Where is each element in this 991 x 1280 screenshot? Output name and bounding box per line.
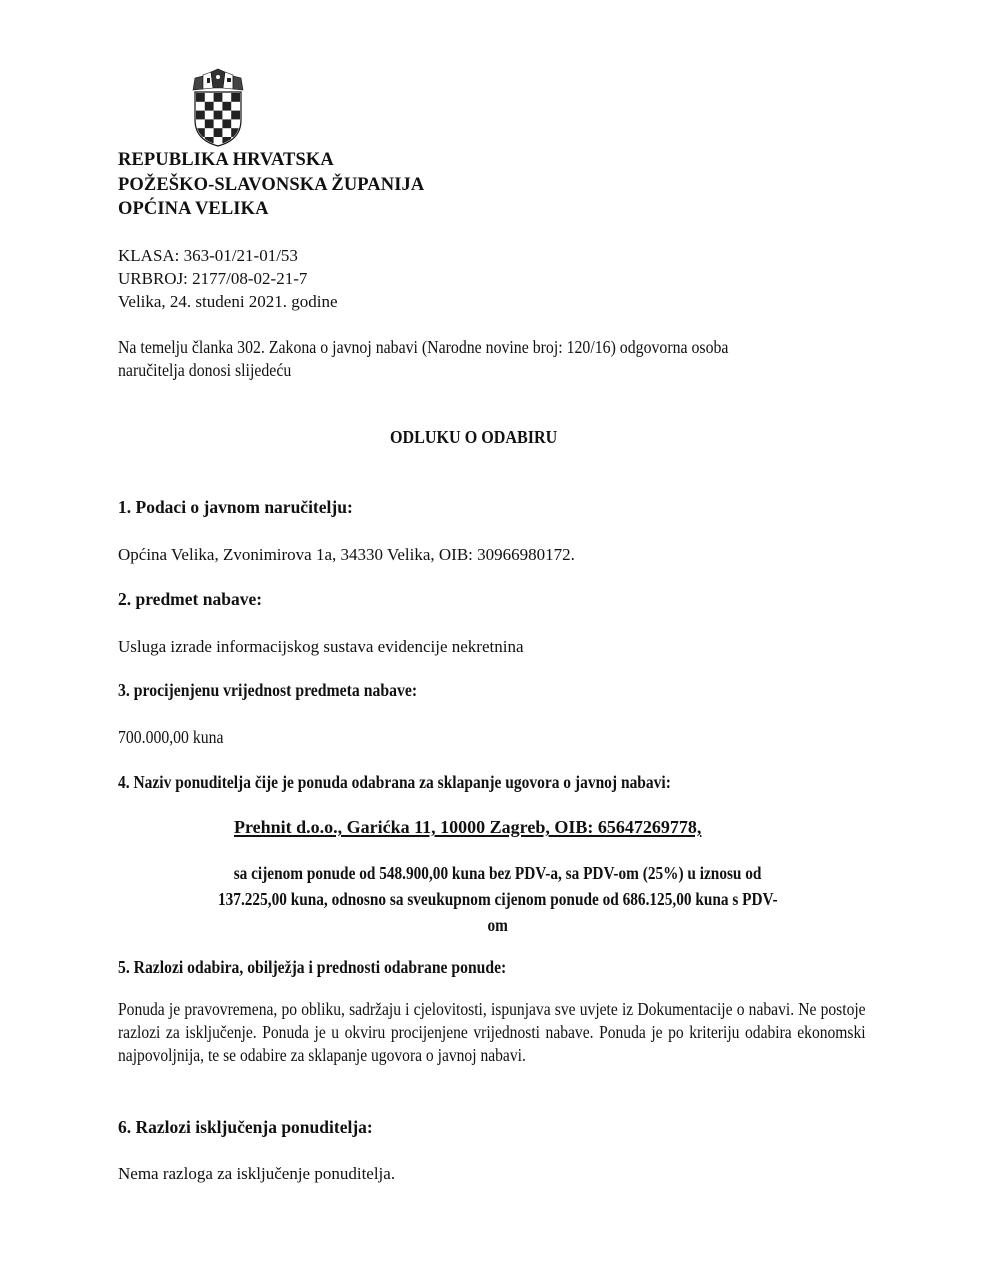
preamble-text-2: naručitelja donosi slijedeću <box>118 359 291 382</box>
preamble-line-2: naručitelja donosi slijedeću <box>118 359 309 382</box>
bid-price-line-1: sa cijenom ponude od 548.900,00 kuna bez… <box>118 860 878 886</box>
section-5-content: Ponuda je pravovremena, po obliku, sadrž… <box>118 998 866 1067</box>
section-1-content: Općina Velika, Zvonimirova 1a, 34330 Vel… <box>118 543 575 566</box>
header-municipality: OPĆINA VELIKA <box>118 197 269 222</box>
bid-price-block: sa cijenom ponude od 548.900,00 kuna bez… <box>118 860 878 938</box>
header-county: POŽEŠKO-SLAVONSKA ŽUPANIJA <box>118 173 424 198</box>
header-country: REPUBLIKA HRVATSKA <box>118 148 334 173</box>
bid-price-line-2: 137.225,00 kuna, odnosno sa sveukupnom c… <box>118 886 878 912</box>
section-3-content: 700.000,00 kuna <box>118 726 235 749</box>
preamble-line-1: Na temelju članka 302. Zakona o javnoj n… <box>118 336 793 359</box>
section-2-content: Usluga izrade informacijskog sustava evi… <box>118 635 524 658</box>
document-page: REPUBLIKA HRVATSKA POŽEŠKO-SLAVONSKA ŽUP… <box>0 0 991 1280</box>
bid-price-text-2: 137.225,00 kuna, odnosno sa sveukupnom c… <box>218 886 778 912</box>
section-4-heading: 4. Naziv ponuditelja čije je ponuda odab… <box>118 772 743 793</box>
document-title-text: ODLUKU O ODABIRU <box>390 427 557 448</box>
section-6-heading: 6. Razlozi isključenja ponuditelja: <box>118 1117 373 1138</box>
section-1-heading: 1. Podaci o javnom naručitelju: <box>118 497 353 518</box>
preamble-text-1: Na temelju članka 302. Zakona o javnoj n… <box>118 336 728 359</box>
bid-price-text-1: sa cijenom ponude od 548.900,00 kuna bez… <box>234 860 762 886</box>
croatian-coat-of-arms-icon <box>191 68 245 148</box>
section-2-heading: 2. predmet nabave: <box>118 589 262 610</box>
section-3-heading: 3. procijenjenu vrijednost predmeta naba… <box>118 680 450 701</box>
section-5-heading-text: 5. Razlozi odabira, obilježja i prednost… <box>118 957 506 978</box>
section-6-content: Nema razloga za isključenje ponuditelja. <box>118 1162 395 1185</box>
klasa: KLASA: 363-01/21-01/53 <box>118 244 298 267</box>
section-4-heading-text: 4. Naziv ponuditelja čije je ponuda odab… <box>118 772 671 793</box>
section-3-heading-text: 3. procijenjenu vrijednost predmeta naba… <box>118 680 417 701</box>
bid-price-text-3: om <box>488 912 508 938</box>
section-3-content-text: 700.000,00 kuna <box>118 726 223 749</box>
urbroj: URBROJ: 2177/08-02-21-7 <box>118 267 307 290</box>
section-5-content-text: Ponuda je pravovremena, po obliku, sadrž… <box>118 998 866 1067</box>
date-line: Velika, 24. studeni 2021. godine <box>118 290 338 313</box>
section-5-heading: 5. Razlozi odabira, obilježja i prednost… <box>118 957 552 978</box>
document-title: ODLUKU O ODABIRU <box>390 427 572 448</box>
bid-price-line-3: om <box>118 912 878 938</box>
selected-bidder: Prehnit d.o.o., Garićka 11, 10000 Zagreb… <box>234 817 701 838</box>
